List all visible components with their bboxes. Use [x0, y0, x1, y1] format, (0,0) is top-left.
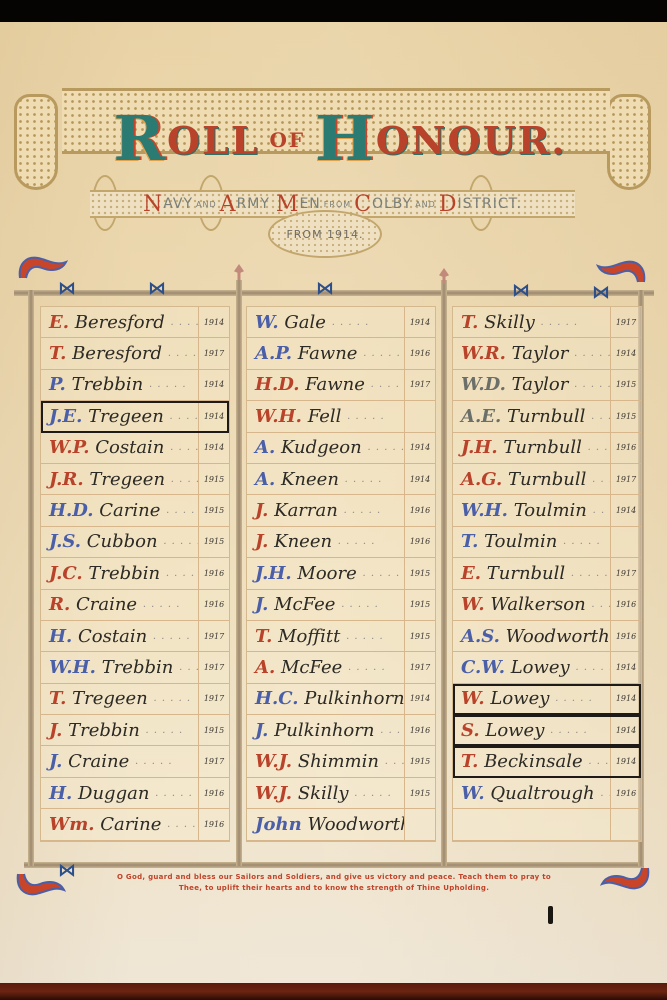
soldier-surname: Turnbull [508, 469, 586, 490]
title-word-roll: OLL [167, 118, 260, 164]
enlistment-year [610, 809, 641, 839]
leader-dots: · · · · · [385, 759, 404, 770]
name-entry: P. Trebbin · · · · ·1914 [41, 370, 229, 401]
soldier-surname: Woodworth [506, 626, 610, 647]
enlistment-year: 1914 [404, 433, 435, 463]
soldier-initials: R. [49, 594, 70, 615]
enlistment-year: 1917 [198, 684, 229, 714]
soldier-surname: Trebbin [68, 720, 140, 741]
subtitle-text: AND [415, 200, 436, 209]
name-entry: J. Karran · · · · ·1916 [247, 495, 435, 526]
soldier-surname: Woodworth, [307, 814, 404, 835]
soldier-initials: W.P. [49, 437, 90, 458]
leader-dots: · · · · · [575, 665, 610, 676]
title-initial-r: R [113, 108, 167, 170]
enlistment-year: 1917 [610, 464, 641, 494]
name-entry: H.C. Pulkinhorn · · · · ·1914 [247, 684, 435, 715]
soldier-name: A.E. Turnbull · · · · · [453, 406, 610, 427]
enlistment-year: 1916 [198, 558, 229, 588]
name-entry: A.S. Woodworth · · · · ·1916 [453, 621, 641, 652]
leader-dots: · · · · · [346, 634, 384, 645]
name-entry: J. Kneen · · · · ·1916 [247, 527, 435, 558]
leader-dots: · · · · · [363, 351, 401, 362]
frame-top-bar [14, 290, 654, 296]
enlistment-year: 1915 [198, 715, 229, 745]
name-entry: J.H. Turnbull · · · · ·1916 [453, 433, 641, 464]
soldier-name: W. Walkerson · · · · · [453, 594, 610, 615]
soldier-name: A.P. Fawne · · · · · [247, 343, 404, 364]
leader-dots: · · · · · [344, 508, 382, 519]
soldier-surname: Toulmin [484, 531, 557, 552]
soldier-name: T. Beresford · · · · · [41, 343, 198, 364]
soldier-surname: McFee [274, 594, 335, 615]
name-entry: W.H. Toulmin · · · · ·1914 [453, 495, 641, 526]
soldier-initials: J. [49, 720, 62, 741]
soldier-surname: McFee [281, 657, 342, 678]
soldier-name: W.J. Shimmin · · · · · [247, 751, 404, 772]
name-entry: E. Beresford · · · · ·1914 [41, 307, 229, 338]
leader-dots: · · · · · [146, 728, 184, 739]
soldier-initials: W.H. [255, 406, 302, 427]
soldier-initials: J. [49, 751, 62, 772]
soldier-surname: Pulkinhorn [304, 688, 404, 709]
bow-ornament-icon: ⋈ [592, 284, 610, 302]
enlistment-year [610, 527, 641, 557]
name-entry: J. McFee · · · · ·1915 [247, 590, 435, 621]
name-entry: A.P. Fawne · · · · ·1916 [247, 338, 435, 369]
soldier-initials: H.C. [255, 688, 299, 709]
soldier-initials: J.E. [49, 406, 82, 427]
soldier-initials: W.H. [49, 657, 96, 678]
soldier-initials: J.R. [49, 469, 84, 490]
soldier-surname: Shimmin [298, 751, 379, 772]
leader-dots: · · · · · [171, 477, 198, 488]
soldier-initials: T. [461, 312, 478, 333]
soldier-surname: Costain [95, 437, 164, 458]
soldier-initials: John [255, 814, 302, 835]
enlistment-year: 1916 [404, 715, 435, 745]
soldier-initials: C.W. [461, 657, 505, 678]
soldier-name: John Woodworth, · · · · · [247, 814, 404, 835]
soldier-initials: W.J. [255, 783, 292, 804]
soldier-name: A. Kneen · · · · · [247, 469, 404, 490]
soldier-name: W.H. Fell · · · · · [247, 406, 404, 427]
name-entry: T. Beresford · · · · ·1917 [41, 338, 229, 369]
name-entry-highlighted: S. Lowey · · · · ·1914 [453, 715, 641, 746]
subtitle-text: ISTRICT. [457, 196, 522, 212]
soldier-surname: Tregeen [72, 688, 148, 709]
soldier-name: J.E. Tregeen · · · · · [41, 406, 198, 427]
soldier-initials: W.R. [461, 343, 506, 364]
soldier-initials: W.H. [461, 500, 508, 521]
title-word-of: OF [269, 128, 305, 152]
soldier-surname: Walkerson [490, 594, 585, 615]
enlistment-year: 1915 [404, 621, 435, 651]
leader-dots: · · · · · [563, 539, 601, 550]
soldier-surname: Taylor [512, 374, 569, 395]
soldier-initials: H.D. [255, 374, 300, 395]
enlistment-year: 1914 [610, 495, 641, 525]
names-column-1: E. Beresford · · · · ·1914T. Beresford ·… [40, 306, 230, 842]
leader-dots: · · · · · [168, 351, 198, 362]
enlistment-year: 1914 [198, 433, 229, 463]
soldier-initials: A. [255, 657, 275, 678]
names-column-2: W. Gale · · · · ·1914A.P. Fawne · · · · … [246, 306, 436, 842]
enlistment-year: 1915 [198, 464, 229, 494]
soldier-surname: Toulmin [514, 500, 587, 521]
name-entry-highlighted: J.E. Tregeen · · · · ·1914 [41, 401, 229, 432]
leader-dots: · · · · · [155, 791, 193, 802]
soldier-initials: J. [255, 531, 268, 552]
enlistment-year: 1914 [198, 307, 229, 337]
picture-frame-bottom [0, 983, 667, 1000]
soldier-name: W.R. Taylor · · · · · [453, 343, 610, 364]
page-title: R OLL OF H ONOUR. [100, 70, 580, 170]
leader-dots: · · · · · [600, 791, 610, 802]
leader-dots: · · · · · [571, 571, 609, 582]
soldier-surname: Turnbull [487, 563, 565, 584]
soldier-initials: W. [255, 312, 279, 333]
soldier-name: J. Craine · · · · · [41, 751, 198, 772]
soldier-surname: Qualtrough [490, 783, 594, 804]
soldier-surname: Lowey [511, 657, 570, 678]
soldier-initials: A.E. [461, 406, 501, 427]
soldier-name: C.W. Lowey · · · · · [453, 657, 610, 678]
enlistment-year: 1917 [198, 621, 229, 651]
soldier-name: H.C. Pulkinhorn · · · · · [247, 688, 404, 709]
soldier-name: W. Qualtrough · · · · · [453, 783, 610, 804]
soldier-surname: Kudgeon [281, 437, 362, 458]
soldier-initials: A.S. [461, 626, 500, 647]
subtitle-text: FROM [324, 200, 351, 209]
leader-dots: · · · · · [153, 634, 191, 645]
enlistment-year: 1916 [198, 590, 229, 620]
soldier-surname: Turnbull [503, 437, 581, 458]
leader-dots: · · · · · [332, 320, 370, 331]
soldier-surname: Fawne [298, 343, 358, 364]
ink-mark [548, 906, 553, 924]
soldier-initials: W. [461, 688, 485, 709]
leader-dots: · · · · · [179, 665, 198, 676]
soldier-name: J.H. Moore · · · · · [247, 563, 404, 584]
soldier-surname: Taylor [512, 343, 569, 364]
soldier-surname: Tregeen [89, 469, 165, 490]
soldier-surname: Gale [284, 312, 326, 333]
name-entry: R. Craine · · · · ·1916 [41, 590, 229, 621]
soldier-initials: J. [255, 720, 268, 741]
soldier-surname: Beresford [72, 343, 162, 364]
scroll-flourish-icon [14, 872, 68, 900]
bow-ornament-icon: ⋈ [512, 282, 530, 300]
name-entry: A. Kudgeon · · · · ·1914 [247, 433, 435, 464]
date-line: FROM 1914. [268, 210, 382, 258]
enlistment-year: 1915 [198, 527, 229, 557]
leader-dots: · · · · · [166, 508, 198, 519]
leader-dots: · · · · · [380, 728, 404, 739]
leader-dots: · · · · · [167, 822, 198, 833]
soldier-initials: T. [461, 531, 478, 552]
soldier-initials: J. [255, 594, 268, 615]
name-entry: A.E. Turnbull · · · · ·1915 [453, 401, 641, 432]
soldier-name: A.S. Woodworth · · · · · [453, 626, 610, 647]
scroll-flourish-icon [16, 252, 70, 280]
enlistment-year: 1914 [198, 370, 229, 400]
leader-dots: · · · · · [363, 571, 401, 582]
enlistment-year: 1914 [404, 307, 435, 337]
soldier-surname: Moffitt [278, 626, 340, 647]
leader-dots: · · · · · [593, 508, 610, 519]
soldier-name: J. Karran · · · · · [247, 500, 404, 521]
name-entry: J.R. Tregeen · · · · ·1915 [41, 464, 229, 495]
frame-bottom-bar [24, 862, 644, 868]
soldier-name: J.R. Tregeen · · · · · [41, 469, 198, 490]
name-entry: W.R. Taylor · · · · ·1914 [453, 338, 641, 369]
leader-dots: · · · · · [555, 696, 593, 707]
soldier-name: W.P. Costain · · · · · [41, 437, 198, 458]
enlistment-year: 1916 [404, 338, 435, 368]
soldier-name: A. McFee · · · · · [247, 657, 404, 678]
soldier-initials: J.S. [49, 531, 81, 552]
soldier-surname: Pulkinhorn [274, 720, 374, 741]
enlistment-year: 1916 [610, 590, 641, 620]
banner-scroll-left [14, 94, 58, 190]
soldier-initials: A. [255, 437, 275, 458]
name-entry-highlighted: T. Beckinsale · · · · ·1914 [453, 746, 641, 777]
column-divider [441, 280, 447, 866]
name-entry: W.D. Taylor · · · · ·1915 [453, 370, 641, 401]
soldier-surname: Craine [68, 751, 129, 772]
soldier-initials: W.D. [461, 374, 506, 395]
leader-dots: · · · · · [149, 382, 187, 393]
name-entry: J. Trebbin · · · · ·1915 [41, 715, 229, 746]
enlistment-year [404, 809, 435, 839]
name-entry: H. Costain · · · · ·1917 [41, 621, 229, 652]
soldier-surname: Trebbin [72, 374, 144, 395]
soldier-name: W. Lowey · · · · · [453, 688, 610, 709]
soldier-name: T. Skilly · · · · · [453, 312, 610, 333]
soldier-name: W.D. Taylor · · · · · [453, 374, 610, 395]
soldier-surname: Carine [99, 500, 160, 521]
soldier-surname: Turnbull [507, 406, 585, 427]
enlistment-year [404, 401, 435, 431]
leader-dots: · · · · · [135, 759, 173, 770]
soldier-initials: T. [49, 343, 66, 364]
leader-dots: · · · · · [550, 728, 588, 739]
enlistment-year: 1914 [404, 464, 435, 494]
leader-dots: · · · · · [347, 414, 385, 425]
subtitle-text: AND [196, 200, 217, 209]
enlistment-year: 1915 [610, 401, 641, 431]
name-entry [453, 809, 641, 840]
soldier-name: E. Turnbull · · · · · [453, 563, 610, 584]
enlistment-year: 1915 [404, 746, 435, 776]
soldier-initials: A.P. [255, 343, 292, 364]
enlistment-year: 1915 [404, 590, 435, 620]
soldier-name: W.J. Skilly · · · · · [247, 783, 404, 804]
soldier-initials: J.H. [461, 437, 498, 458]
name-entry: J.H. Moore · · · · ·1915 [247, 558, 435, 589]
soldier-surname: Fawne [305, 374, 365, 395]
name-entry: T. Moffitt · · · · ·1915 [247, 621, 435, 652]
enlistment-year: 1915 [404, 778, 435, 808]
enlistment-year: 1914 [610, 652, 641, 682]
bow-ornament-icon: ⋈ [316, 280, 334, 298]
enlistment-year: 1916 [610, 778, 641, 808]
subtitle-initial: A [220, 192, 237, 217]
soldier-name: J.S. Cubbon · · · · · [41, 531, 198, 552]
name-entry: A. Kneen · · · · ·1914 [247, 464, 435, 495]
leader-dots: · · · · · [170, 414, 198, 425]
name-entry: John Woodworth, · · · · · [247, 809, 435, 840]
soldier-name: J.H. Turnbull · · · · · [453, 437, 610, 458]
leader-dots: · · · · · [143, 602, 181, 613]
soldier-initials: W.J. [255, 751, 292, 772]
prayer-line-1: O God, guard and bless our Sailors and S… [84, 872, 584, 883]
enlistment-year: 1915 [610, 370, 641, 400]
enlistment-year: 1914 [610, 715, 641, 745]
soldier-initials: S. [461, 720, 480, 741]
soldier-name: W. Gale · · · · · [247, 312, 404, 333]
name-entry: W. Qualtrough · · · · ·1916 [453, 778, 641, 809]
leader-dots: · · · · · [341, 602, 379, 613]
soldier-initials: E. [461, 563, 481, 584]
bow-ornament-icon: ⋈ [148, 280, 166, 298]
name-entry: W.H. Fell · · · · · [247, 401, 435, 432]
name-entry: H.D. Carine · · · · ·1915 [41, 495, 229, 526]
soldier-name: T. Toulmin · · · · · [453, 531, 610, 552]
leader-dots: · · · · · [592, 477, 610, 488]
soldier-name: A. Kudgeon · · · · · [247, 437, 404, 458]
prayer-text: O God, guard and bless our Sailors and S… [84, 872, 584, 894]
soldier-surname: Fell [308, 406, 342, 427]
soldier-initials: H. [49, 626, 72, 647]
scroll-flourish-icon [598, 866, 652, 894]
soldier-initials: A. [255, 469, 275, 490]
soldier-name: T. Tregeen · · · · · [41, 688, 198, 709]
soldier-initials: H.D. [49, 500, 94, 521]
soldier-initials: P. [49, 374, 66, 395]
names-column-3: T. Skilly · · · · ·1917W.R. Taylor · · ·… [452, 306, 642, 842]
soldier-initials: Wm. [49, 814, 95, 835]
name-entry: W. Walkerson · · · · ·1916 [453, 590, 641, 621]
leader-dots: · · · · · [170, 445, 198, 456]
name-entry: Wm. Carine · · · · ·1916 [41, 809, 229, 840]
soldier-initials: J.C. [49, 563, 83, 584]
name-entry: T. Toulmin · · · · · [453, 527, 641, 558]
soldier-surname: Trebbin [88, 563, 160, 584]
scroll-flourish-icon [594, 256, 648, 284]
leader-dots: · · · · · [170, 320, 198, 331]
soldier-name: J. McFee · · · · · [247, 594, 404, 615]
enlistment-year: 1916 [198, 809, 229, 839]
soldier-name: W.H. Toulmin · · · · · [453, 500, 610, 521]
enlistment-year: 1914 [198, 401, 229, 431]
subtitle-initial: D [439, 192, 458, 217]
soldier-initials: W. [461, 783, 485, 804]
leader-dots: · · · · · [371, 382, 404, 393]
soldier-initials: T. [49, 688, 66, 709]
leader-dots: · · · · · [588, 445, 610, 456]
subtitle-initial: C [354, 192, 372, 217]
name-entry: W.J. Skilly · · · · ·1915 [247, 778, 435, 809]
soldier-surname: Trebbin [102, 657, 174, 678]
soldier-name: H.D. Fawne · · · · · [247, 374, 404, 395]
enlistment-year: 1914 [610, 684, 641, 714]
soldier-initials: W. [461, 594, 485, 615]
subtitle-initial: N [143, 192, 163, 217]
leader-dots: · · · · · [348, 665, 386, 676]
name-entry: W.P. Costain · · · · ·1914 [41, 433, 229, 464]
prayer-line-2: Thee, to uplift their hearts and to know… [84, 883, 584, 894]
leader-dots: · · · · · [163, 539, 198, 550]
title-word-honour: ONOUR. [376, 118, 567, 164]
enlistment-year: 1917 [198, 338, 229, 368]
leader-dots: · · · · · [345, 477, 383, 488]
picture-frame-top [0, 0, 667, 22]
soldier-surname: Lowey [490, 688, 549, 709]
frame-left-bar [28, 290, 34, 866]
subtitle-text: AVY [163, 196, 193, 212]
name-entry-highlighted: W. Lowey · · · · ·1914 [453, 684, 641, 715]
name-entry: T. Skilly · · · · ·1917 [453, 307, 641, 338]
soldier-surname: Lowey [485, 720, 544, 741]
soldier-surname: Duggan [78, 783, 149, 804]
soldier-name: J. Trebbin · · · · · [41, 720, 198, 741]
soldier-initials: J. [255, 500, 268, 521]
leader-dots: · · · · · [541, 320, 579, 331]
leader-dots: · · · · · [574, 351, 610, 362]
leader-dots: · · · · · [591, 602, 610, 613]
bow-ornament-icon: ⋈ [58, 280, 76, 298]
subtitle-text: RMY [237, 196, 270, 212]
leader-dots: · · · · · [588, 759, 610, 770]
enlistment-year: 1917 [404, 652, 435, 682]
name-entry: J.S. Cubbon · · · · ·1915 [41, 527, 229, 558]
leader-dots: · · · · · [367, 445, 404, 456]
subtitle-text: OLBY [372, 196, 412, 212]
soldier-name: E. Beresford · · · · · [41, 312, 198, 333]
banner-scroll-right [607, 94, 651, 190]
enlistment-year: 1914 [610, 746, 641, 776]
soldier-surname: Craine [76, 594, 137, 615]
name-entry: J.C. Trebbin · · · · ·1916 [41, 558, 229, 589]
enlistment-year: 1917 [198, 652, 229, 682]
soldier-name: H.D. Carine · · · · · [41, 500, 198, 521]
enlistment-year: 1917 [610, 307, 641, 337]
soldier-name: J. Pulkinhorn · · · · · [247, 720, 404, 741]
name-entry: A.G. Turnbull · · · · ·1917 [453, 464, 641, 495]
soldier-surname: Kneen [281, 469, 339, 490]
soldier-initials: E. [49, 312, 69, 333]
name-entry: C.W. Lowey · · · · ·1914 [453, 652, 641, 683]
soldier-surname: Skilly [298, 783, 349, 804]
soldier-surname: Costain [78, 626, 147, 647]
soldier-name: Wm. Carine · · · · · [41, 814, 198, 835]
name-entry: W. Gale · · · · ·1914 [247, 307, 435, 338]
enlistment-year: 1917 [404, 370, 435, 400]
enlistment-year: 1915 [404, 558, 435, 588]
name-entry: T. Tregeen · · · · ·1917 [41, 684, 229, 715]
leader-dots: · · · · · [591, 414, 610, 425]
soldier-name: H. Duggan · · · · · [41, 783, 198, 804]
enlistment-year: 1916 [404, 495, 435, 525]
name-entry: J. Pulkinhorn · · · · ·1916 [247, 715, 435, 746]
leader-dots: · · · · · [354, 791, 392, 802]
soldier-name: T. Beckinsale · · · · · [453, 751, 610, 772]
soldier-name: S. Lowey · · · · · [453, 720, 610, 741]
enlistment-year: 1914 [610, 338, 641, 368]
enlistment-year: 1916 [610, 621, 641, 651]
